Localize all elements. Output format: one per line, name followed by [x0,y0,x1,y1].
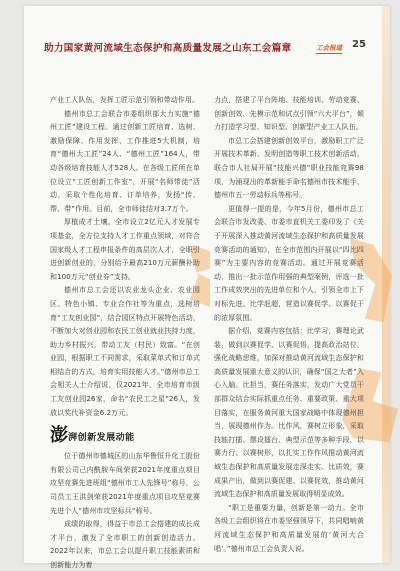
right-column: 力点，搭建了平台阵地、技能培训、劳动竞赛、创新创效、先模示范和试点引领“六大平台… [214,94,364,571]
paragraph: 更值得一提的是，今年5月份，德州市总工会联合市发改委、市委市直机关工委印发了《关… [214,203,364,325]
section-heading-dropcap: 澎 [50,427,68,445]
article-body: 产业工人队伍，发挥工匠示范引领和带动作用。 德州市总工会联合市委组织部大力实施“… [50,94,364,571]
paragraph: 力点，搭建了平台阵地、技能培训、劳动竞赛、创新创效、先模示范和试点引领“六大平台… [214,94,364,135]
paragraph: 德州市总工会还以农业龙头企业、农业园区、特色小镇、专业合作社等为重点，选树培育“… [50,284,200,420]
paragraph: 厚植成才土壤。全市设立2亿元人才发展专项基金，全方位支持人才工作重点领域，对符合… [50,216,200,284]
paragraph: 市总工会搭建创新创效平台，激励职工广泛开展技术革新、发明创造等职工技术创新活动，… [214,135,364,203]
section-label: 工会报道 [316,43,342,54]
scanned-magazine-page: 助力国家黄河流域生态保护和高质量发展之山东工会篇章 工会报道 25 产业工人队伍… [0,0,400,571]
section-heading-text: 湃创新发展动能 [68,433,135,445]
section-heading: 澎 湃创新发展动能 [50,427,200,445]
page-header: 助力国家黄河流域生态保护和高质量发展之山东工会篇章 工会报道 25 [24,38,390,54]
left-column: 产业工人队伍，发挥工匠示范引领和带动作用。 德州市总工会联合市委组织部大力实施“… [50,94,200,571]
paragraph: 产业工人队伍，发挥工匠示范引领和带动作用。 [50,94,200,108]
page-number: 25 [352,39,366,50]
paragraph: 成绩的取得，得益于市总工会搭建的成长成才平台，激发了全市职工的创新创造活力。20… [50,518,200,571]
paragraph: 位于德州市德城区的山东华鲁恒升化工股份有限公司己内酰胺车间荣获2021年度重点项… [50,450,200,518]
running-title: 助力国家黄河流域生态保护和高质量发展之山东工会篇章 [44,40,292,54]
paragraph: 德州市总工会联合市委组织部大力实施“德州工匠”建设工程。通过创新工匠培育、选树、… [50,108,200,217]
paragraph: 据介绍，竞赛内容包括：比学习，赛理论武装，做到以赛促学、以赛促悟，提高政治站位，… [214,325,364,502]
page: 助力国家黄河流域生态保护和高质量发展之山东工会篇章 工会报道 25 产业工人队伍… [24,6,390,563]
paragraph: “职工是重要力量，创新是第一动力。全市各级工会组织将在市委坚强领导下，共同唱响黄… [214,502,364,556]
